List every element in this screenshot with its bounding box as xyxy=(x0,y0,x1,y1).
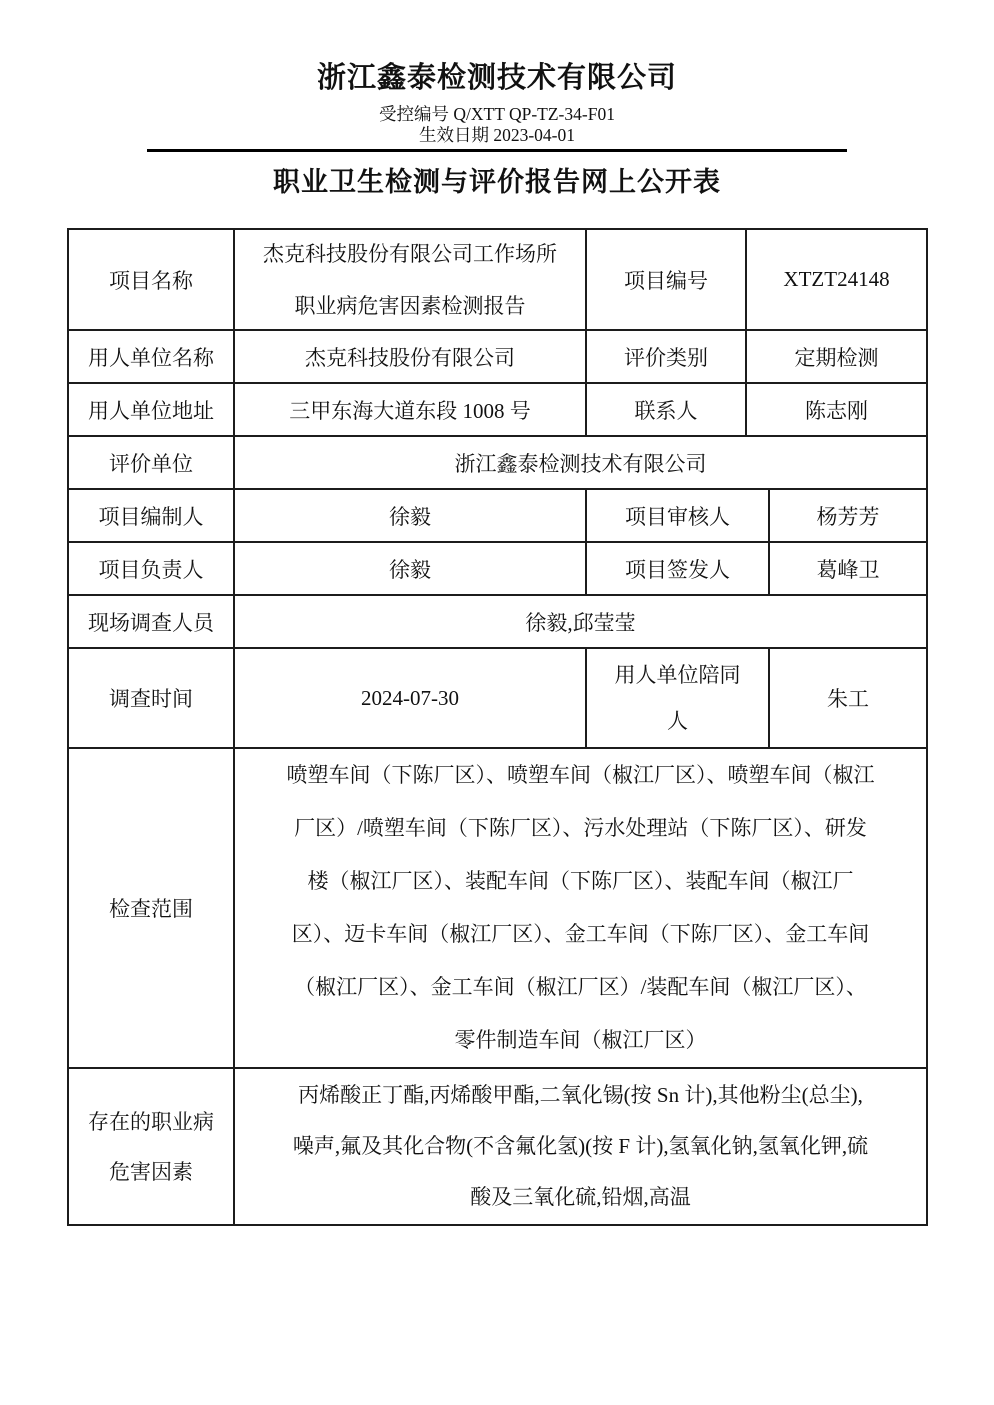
site-investigators-label: 现场调查人员 xyxy=(69,596,235,649)
site-investigators-value: 徐毅,邱莹莹 xyxy=(235,596,926,649)
project-compiler-value: 徐毅 xyxy=(235,490,587,543)
evaluation-category-label: 评价类别 xyxy=(587,331,747,384)
row-evaluation-org: 评价单位 浙江鑫泰检测技术有限公司 xyxy=(69,437,926,490)
row-site-investigators: 现场调查人员 徐毅,邱莹莹 xyxy=(69,596,926,649)
project-reviewer-label: 项目审核人 xyxy=(587,490,770,543)
row-survey-date: 调查时间 2024-07-30 用人单位陪同人 朱工 xyxy=(69,649,926,749)
hazard-factors-value: 丙烯酸正丁酯,丙烯酸甲酯,二氧化锡(按 Sn 计),其他粉尘(总尘),噪声,氟及… xyxy=(235,1069,926,1224)
employer-name-value: 杰克科技股份有限公司 xyxy=(235,331,587,384)
hazard-factors-label: 存在的职业病危害因素 xyxy=(69,1069,235,1224)
row-hazard-factors: 存在的职业病危害因素 丙烯酸正丁酯,丙烯酸甲酯,二氧化锡(按 Sn 计),其他粉… xyxy=(69,1069,926,1224)
row-project-leader: 项目负责人 徐毅 项目签发人 葛峰卫 xyxy=(69,543,926,596)
row-project-compiler: 项目编制人 徐毅 项目审核人 杨芳芳 xyxy=(69,490,926,543)
project-number-label: 项目编号 xyxy=(587,230,747,331)
contact-person-label: 联系人 xyxy=(587,384,747,437)
form-title: 职业卫生检测与评价报告网上公开表 xyxy=(0,165,994,199)
contact-person-value: 陈志刚 xyxy=(747,384,926,437)
row-inspection-scope: 检查范围 喷塑车间（下陈厂区）、喷塑车间（椒江厂区）、喷塑车间（椒江厂区）/喷塑… xyxy=(69,749,926,1069)
evaluation-org-label: 评价单位 xyxy=(69,437,235,490)
project-issuer-label: 项目签发人 xyxy=(587,543,770,596)
row-employer-address: 用人单位地址 三甲东海大道东段 1008 号 联系人 陈志刚 xyxy=(69,384,926,437)
survey-date-value: 2024-07-30 xyxy=(235,649,587,749)
employer-address-label: 用人单位地址 xyxy=(69,384,235,437)
evaluation-category-value: 定期检测 xyxy=(747,331,926,384)
project-issuer-value: 葛峰卫 xyxy=(770,543,926,596)
project-leader-value: 徐毅 xyxy=(235,543,587,596)
document-page: 浙江鑫泰检测技术有限公司 受控编号 Q/XTT QP-TZ-34-F01 生效日… xyxy=(0,0,994,1405)
header-divider xyxy=(147,149,847,152)
employer-name-label: 用人单位名称 xyxy=(69,331,235,384)
effective-date: 生效日期 2023-04-01 xyxy=(0,125,994,146)
row-project-name: 项目名称 杰克科技股份有限公司工作场所职业病危害因素检测报告 项目编号 XTZT… xyxy=(69,230,926,331)
inspection-scope-label: 检查范围 xyxy=(69,749,235,1069)
publication-form-table: 项目名称 杰克科技股份有限公司工作场所职业病危害因素检测报告 项目编号 XTZT… xyxy=(67,228,928,1226)
project-leader-label: 项目负责人 xyxy=(69,543,235,596)
project-reviewer-value: 杨芳芳 xyxy=(770,490,926,543)
row-employer-name: 用人单位名称 杰克科技股份有限公司 评价类别 定期检测 xyxy=(69,331,926,384)
evaluation-org-value: 浙江鑫泰检测技术有限公司 xyxy=(235,437,926,490)
project-name-label: 项目名称 xyxy=(69,230,235,331)
employer-escort-value: 朱工 xyxy=(770,649,926,749)
controlled-number: 受控编号 Q/XTT QP-TZ-34-F01 xyxy=(0,104,994,125)
project-number-value: XTZT24148 xyxy=(747,230,926,331)
project-compiler-label: 项目编制人 xyxy=(69,490,235,543)
employer-address-value: 三甲东海大道东段 1008 号 xyxy=(235,384,587,437)
employer-escort-label: 用人单位陪同人 xyxy=(587,649,770,749)
inspection-scope-value: 喷塑车间（下陈厂区）、喷塑车间（椒江厂区）、喷塑车间（椒江厂区）/喷塑车间（下陈… xyxy=(235,749,926,1069)
project-name-value: 杰克科技股份有限公司工作场所职业病危害因素检测报告 xyxy=(235,230,587,331)
survey-date-label: 调查时间 xyxy=(69,649,235,749)
company-name: 浙江鑫泰检测技术有限公司 xyxy=(0,0,994,96)
